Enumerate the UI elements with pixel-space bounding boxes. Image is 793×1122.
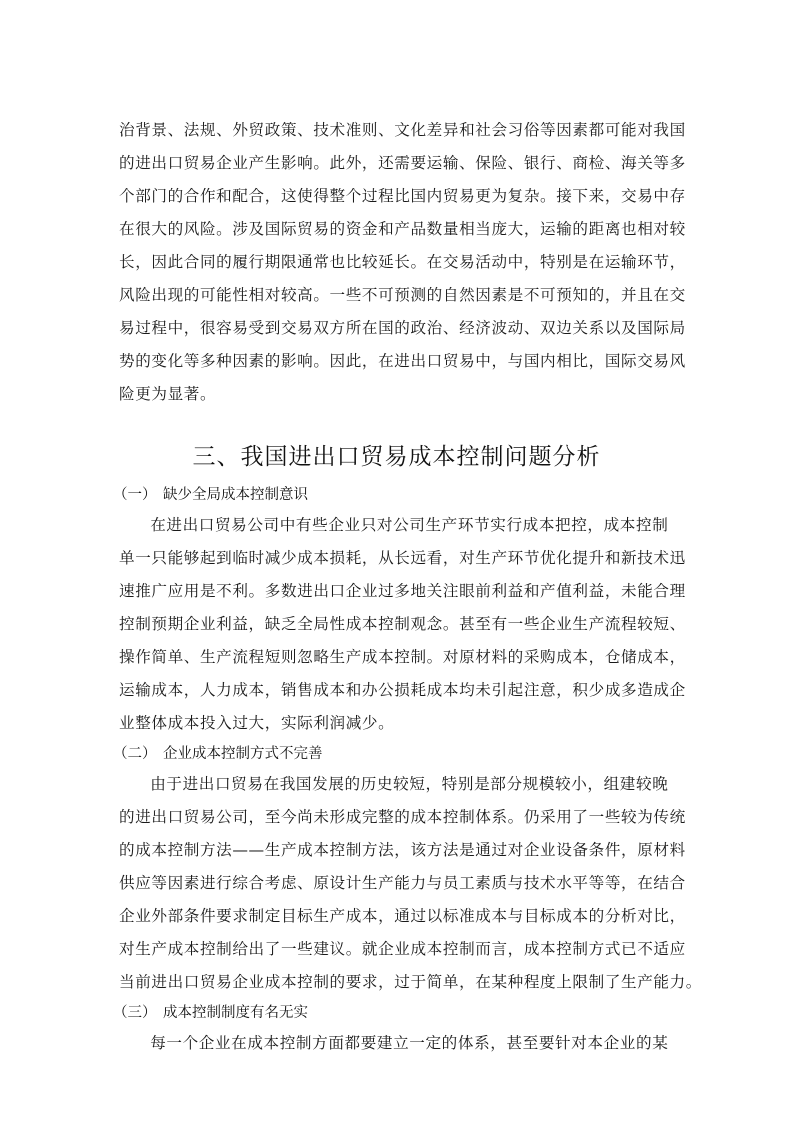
subsection-heading-2: （二）企业成本控制方式不完善 xyxy=(113,740,674,768)
text-line: 控制预期企业利益，缺乏全局性成本控制观念。甚至有一些企业生产流程较短、 xyxy=(119,608,674,641)
subsection-title: 成本控制制度有名无实 xyxy=(163,1005,308,1021)
text-line: 每一个企业在成本控制方面都要建立一定的体系，甚至要针对本企业的某 xyxy=(119,1027,674,1060)
text-line: 险更为显著。 xyxy=(119,378,674,411)
text-line: 在很大的风险。涉及国际贸易的资金和产品数量相当庞大，运输的距离也相对较 xyxy=(119,213,674,246)
text-line: 由于进出口贸易在我国发展的历史较短，特别是部分规模较小，组建较晚 xyxy=(119,768,674,801)
subsection-number: （二） xyxy=(113,740,163,768)
subsection-title: 企业成本控制方式不完善 xyxy=(163,746,323,762)
subsection-number: （三） xyxy=(113,999,163,1027)
text-line: 个部门的合作和配合，这使得整个过程比国内贸易更为复杂。接下来，交易中存 xyxy=(119,180,674,213)
text-line: 运输成本，人力成本，销售成本和办公损耗成本均未引起注意，积少成多造成企 xyxy=(119,674,674,707)
subsection-heading-1: （一）缺少全局成本控制意识 xyxy=(113,481,674,509)
text-line: 供应等因素进行综合考虑、原设计生产能力与员工素质与技术水平等等，在结合 xyxy=(119,867,674,900)
text-line: 的进出口贸易公司，至今尚未形成完整的成本控制体系。仍采用了一些较为传统 xyxy=(119,801,674,834)
text-line: 势的变化等多种因素的影响。因此，在进出口贸易中，与国内相比，国际交易风 xyxy=(119,345,674,378)
subsection-2-paragraph: 由于进出口贸易在我国发展的历史较短，特别是部分规模较小，组建较晚 的进出口贸易公… xyxy=(119,768,674,999)
text-line: 当前进出口贸易企业成本控制的要求，过于简单，在某种程度上限制了生产能力。 xyxy=(119,966,674,999)
subsection-heading-3: （三）成本控制制度有名无实 xyxy=(113,999,674,1027)
subsection-1-paragraph: 在进出口贸易公司中有些企业只对公司生产环节实行成本把控，成本控制 单一只能够起到… xyxy=(119,509,674,740)
subsection-number: （一） xyxy=(113,481,163,509)
document-page: 治背景、法规、外贸政策、技术准则、文化差异和社会习俗等因素都可能对我国 的进出口… xyxy=(0,0,793,1122)
text-line: 的进出口贸易企业产生影响。此外，还需要运输、保险、银行、商检、海关等多 xyxy=(119,147,674,180)
text-line: 长，因此合同的履行期限通常也比较延长。在交易活动中，特别是在运输环节， xyxy=(119,246,674,279)
text-line: 操作简单、生产流程短则忽略生产成本控制。对原材料的采购成本，仓储成本， xyxy=(119,641,674,674)
section-title: 三、我国进出口贸易成本控制问题分析 xyxy=(119,437,674,477)
text-line: 企业外部条件要求制定目标生产成本，通过以标准成本与目标成本的分析对比， xyxy=(119,900,674,933)
page-content: 治背景、法规、外贸政策、技术准则、文化差异和社会习俗等因素都可能对我国 的进出口… xyxy=(119,114,674,1060)
text-line: 的成本控制方法——生产成本控制方法，该方法是通过对企业设备条件，原材料 xyxy=(119,834,674,867)
text-line: 单一只能够起到临时减少成本损耗，从长远看，对生产环节优化提升和新技术迅 xyxy=(119,542,674,575)
text-line: 治背景、法规、外贸政策、技术准则、文化差异和社会习俗等因素都可能对我国 xyxy=(119,114,674,147)
subsection-3-paragraph: 每一个企业在成本控制方面都要建立一定的体系，甚至要针对本企业的某 xyxy=(119,1027,674,1060)
text-line: 速推广应用是不利。多数进出口企业过多地关注眼前利益和产值利益，未能合理 xyxy=(119,575,674,608)
text-line: 业整体成本投入过大，实际利润减少。 xyxy=(119,707,674,740)
intro-paragraph: 治背景、法规、外贸政策、技术准则、文化差异和社会习俗等因素都可能对我国 的进出口… xyxy=(119,114,674,411)
subsection-title: 缺少全局成本控制意识 xyxy=(163,487,308,503)
text-line: 对生产成本控制给出了一些建议。就企业成本控制而言，成本控制方式已不适应 xyxy=(119,933,674,966)
text-line: 在进出口贸易公司中有些企业只对公司生产环节实行成本把控，成本控制 xyxy=(119,509,674,542)
text-line: 易过程中，很容易受到交易双方所在国的政治、经济波动、双边关系以及国际局 xyxy=(119,312,674,345)
text-line: 风险出现的可能性相对较高。一些不可预测的自然因素是不可预知的，并且在交 xyxy=(119,279,674,312)
